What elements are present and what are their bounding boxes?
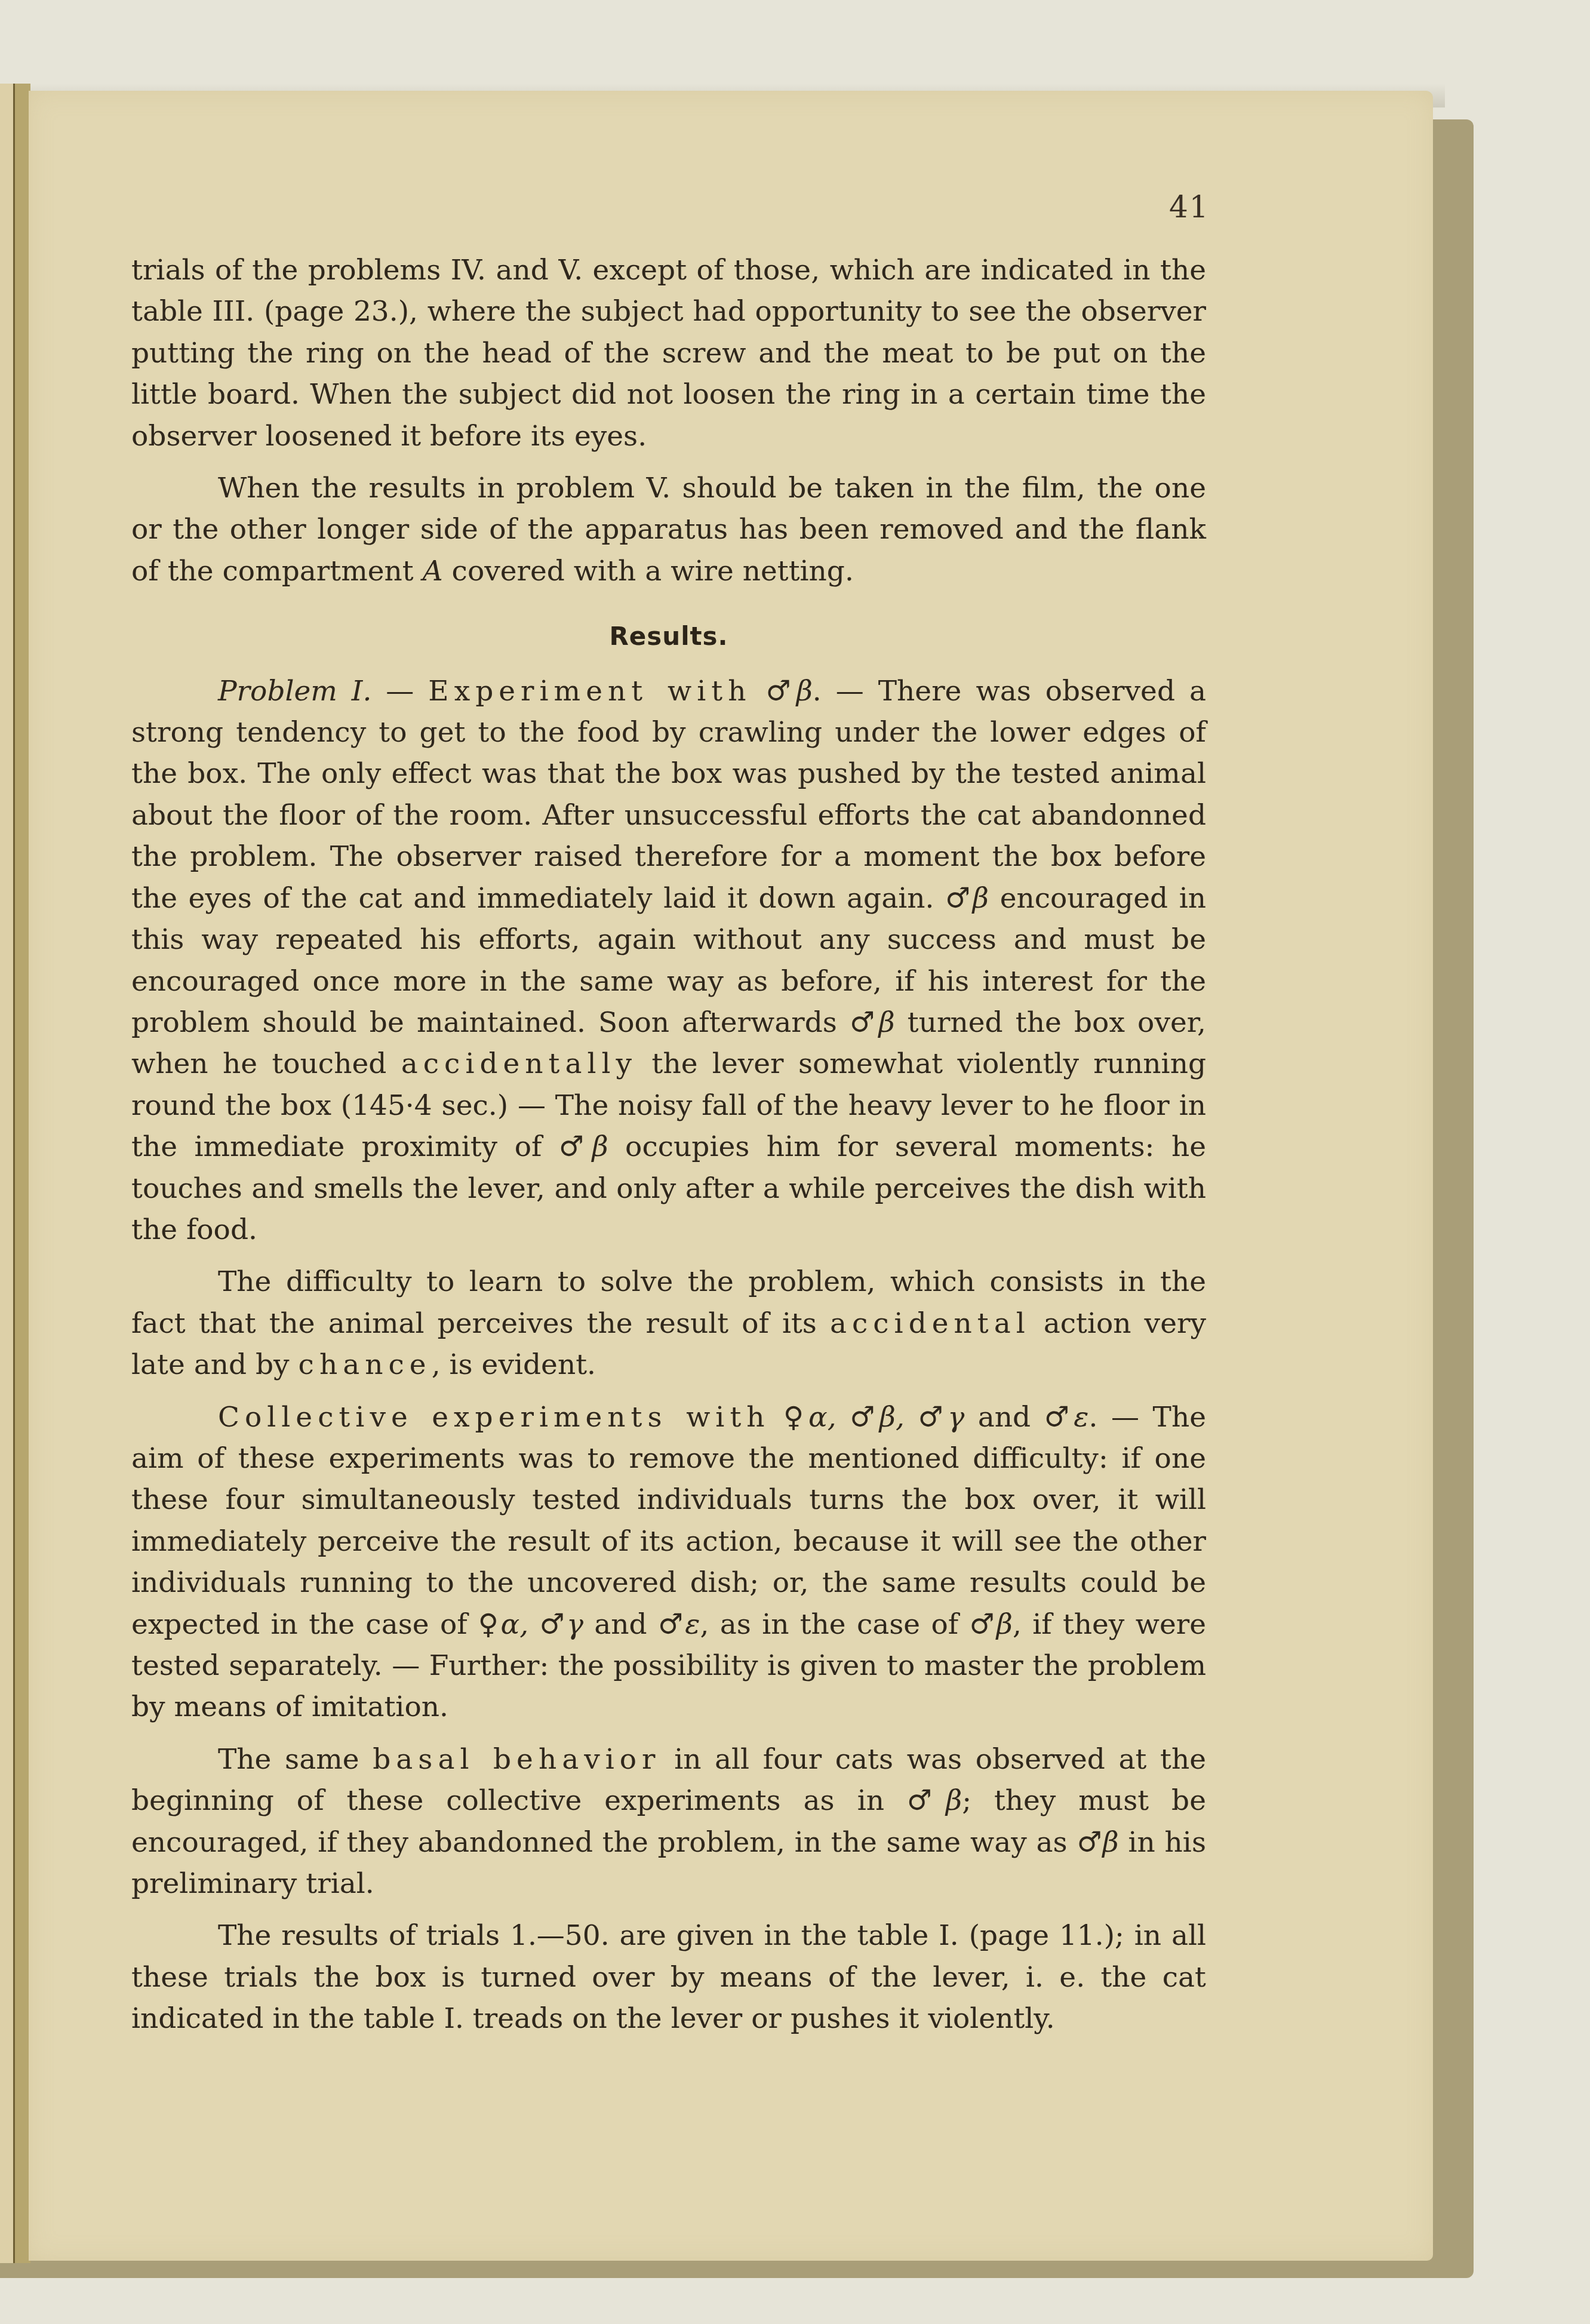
body-text: . — There was observed a strong tendency…: [131, 675, 1206, 915]
emphasized-spaced-text: accidental: [830, 1307, 1031, 1340]
page-number: 41: [1169, 190, 1210, 225]
facing-page-edge: [0, 84, 14, 2263]
italic-text: ♂β: [969, 1608, 1013, 1641]
emphasized-spaced-text: Collective experiments with: [218, 1401, 770, 1434]
body-text: , as in the case of: [700, 1608, 970, 1641]
body-text: , is evident.: [432, 1348, 596, 1381]
emphasized-spaced-text: basal behavior: [373, 1743, 660, 1776]
body-text: covered with a wire netting.: [443, 555, 854, 588]
body-text: and: [583, 1608, 658, 1641]
body-text: The same: [218, 1743, 373, 1776]
body-text: trials of the problems IV. and V. except…: [131, 254, 1206, 453]
italic-text: ♂β: [752, 675, 813, 708]
emphasized-spaced-text: accidentally: [401, 1047, 637, 1080]
italic-text: ♂ε: [1044, 1401, 1089, 1434]
paragraph-problem-1: Problem I. — Experiment with ♂β. — There…: [131, 671, 1206, 1251]
italic-text: ♂β: [850, 1006, 895, 1039]
italic-text: Problem I.: [218, 675, 371, 708]
italic-text: A: [423, 555, 443, 588]
paragraph-intro: trials of the problems IV. and V. except…: [131, 250, 1206, 457]
italic-text: ♂β: [1077, 1826, 1118, 1859]
italic-text: ♂ε: [658, 1608, 700, 1641]
body-text: . — The aim of these experiments was to …: [131, 1401, 1206, 1641]
section-heading-results: Results.: [131, 616, 1206, 657]
book-gutter: [13, 84, 30, 2263]
italic-text: ♂β: [907, 1784, 962, 1817]
italic-text: ♂β: [945, 882, 989, 915]
paragraph-collective-experiments: Collective experiments with ♀α, ♂β, ♂γ a…: [131, 1397, 1206, 1728]
page-body: trials of the problems IV. and V. except…: [131, 250, 1206, 2040]
paragraph-film: When the results in problem V. should be…: [131, 468, 1206, 592]
italic-text: ♀α, ♂β, ♂γ: [770, 1401, 965, 1434]
body-text: and: [964, 1401, 1044, 1434]
emphasized-spaced-text: chance: [299, 1348, 432, 1381]
paragraph-trial-results: The results of trials 1.—50. are given i…: [131, 1915, 1206, 2039]
paragraph-difficulty: The difficulty to learn to solve the pro…: [131, 1261, 1206, 1385]
italic-text: ♀α, ♂γ: [478, 1608, 583, 1641]
paragraph-basal-behavior: The same basal behavior in all four cats…: [131, 1739, 1206, 1905]
italic-text: ♂β: [559, 1130, 608, 1163]
body-text: The results of trials 1.—50. are given i…: [131, 1919, 1206, 2035]
body-text: —: [371, 675, 428, 708]
emphasized-spaced-text: Experiment with: [428, 675, 751, 708]
